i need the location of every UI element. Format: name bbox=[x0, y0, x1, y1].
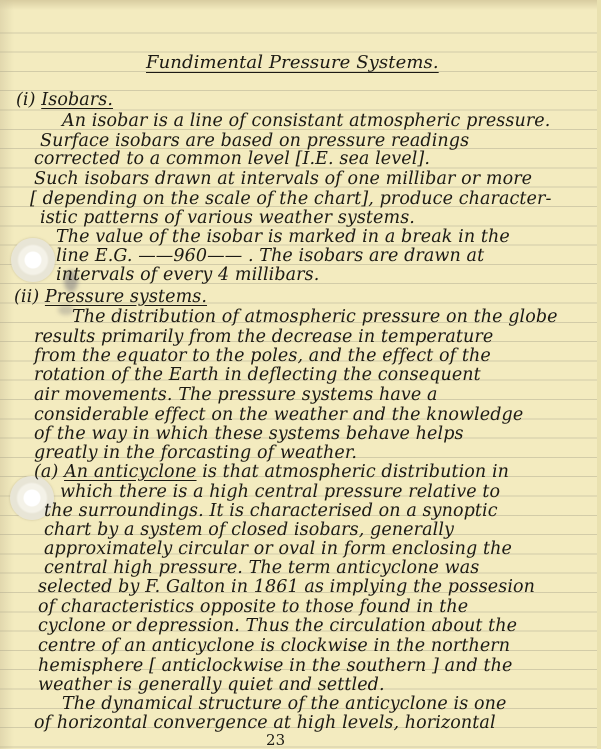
text-line: air movements. The pressure systems have… bbox=[34, 385, 438, 405]
text-line: greatly in the forcasting of weather. bbox=[34, 443, 357, 463]
notebook-page: Fundimental Pressure Systems. (i) Isobar… bbox=[0, 0, 601, 749]
text-line: The value of the isobar is marked in a b… bbox=[56, 227, 510, 247]
punch-hole-reinforcement bbox=[11, 238, 55, 282]
text-line: selected by F. Galton in 1861 as implyin… bbox=[38, 577, 535, 597]
text-line: intervals of every 4 millibars. bbox=[56, 265, 319, 285]
subsection-term: An anticyclone bbox=[64, 462, 196, 482]
text-line: results primarily from the decrease in t… bbox=[34, 327, 493, 347]
page-title: Fundimental Pressure Systems. bbox=[146, 52, 439, 73]
text-line: central high pressure. The term anticycl… bbox=[44, 558, 479, 578]
text-line: considerable effect on the weather and t… bbox=[34, 405, 523, 425]
text-line: the surroundings. It is characterised on… bbox=[44, 501, 498, 521]
text-line: An isobar is a line of consistant atmosp… bbox=[62, 111, 550, 131]
text-line: of the way in which these systems behave… bbox=[34, 424, 464, 444]
text-line: which there is a high central pressure r… bbox=[60, 482, 500, 502]
text-line: line E.G. ——960—— . The isobars are draw… bbox=[56, 246, 484, 266]
section-heading-pressure-systems: (ii) Pressure systems. bbox=[14, 287, 207, 307]
section-marker: (ii) bbox=[14, 287, 39, 307]
text-line: centre of an anticyclone is clockwise in… bbox=[38, 636, 510, 656]
text-line: of horizontal convergence at high levels… bbox=[34, 713, 496, 733]
subsection-anticyclone: (a) An anticyclone is that atmospheric d… bbox=[34, 462, 509, 482]
text-line: Surface isobars are based on pressure re… bbox=[40, 131, 469, 151]
subsection-text: is that atmospheric distribution in bbox=[197, 462, 509, 482]
text-line: rotation of the Earth in deflecting the … bbox=[34, 365, 481, 385]
text-line: Such isobars drawn at intervals of one m… bbox=[34, 169, 532, 189]
text-line: from the equator to the poles, and the e… bbox=[34, 346, 491, 366]
section-heading-text: Pressure systems. bbox=[45, 287, 207, 307]
text-line: of characteristics opposite to those fou… bbox=[38, 597, 468, 617]
page-number: 23 bbox=[266, 731, 285, 749]
text-line: hemisphere [ anticlockwise in the southe… bbox=[38, 656, 512, 676]
text-line: The dynamical structure of the anticyclo… bbox=[62, 694, 506, 714]
section-marker: (i) bbox=[16, 90, 36, 110]
section-heading-isobars: (i) Isobars. bbox=[16, 90, 113, 110]
text-line: weather is generally quiet and settled. bbox=[38, 675, 385, 695]
text-line: approximately circular or oval in form e… bbox=[44, 539, 512, 559]
page-edge bbox=[597, 0, 601, 749]
text-line: corrected to a common level [I.E. sea le… bbox=[34, 149, 430, 169]
section-heading-text: Isobars. bbox=[41, 90, 113, 110]
subsection-marker: (a) bbox=[34, 462, 58, 482]
text-line: [ depending on the scale of the chart], … bbox=[30, 189, 551, 209]
text-line: istic patterns of various weather system… bbox=[40, 208, 415, 228]
text-line: The distribution of atmospheric pressure… bbox=[72, 307, 558, 327]
text-line: cyclone or depression. Thus the circulat… bbox=[38, 616, 517, 636]
text-line: chart by a system of closed isobars, gen… bbox=[44, 520, 454, 540]
